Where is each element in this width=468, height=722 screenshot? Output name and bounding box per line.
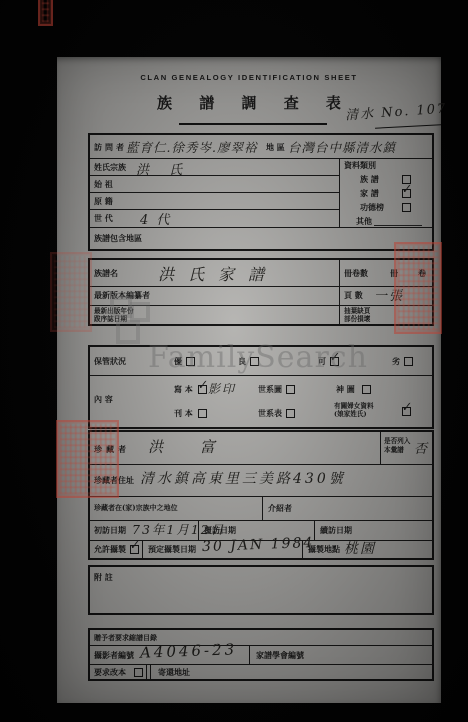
generations-label: 世 代: [94, 214, 113, 223]
doc-type-label: 資料類別: [344, 161, 376, 170]
divider: [198, 520, 199, 540]
genealogy-name-label: 族譜名: [94, 269, 118, 278]
lineage-table-label: 世系表: [258, 409, 282, 418]
film-date-value: 30 JAN 1984: [202, 535, 315, 555]
grade-excellent-checkbox: ✓: [186, 357, 195, 366]
keeper-value: 洪 富: [148, 436, 231, 457]
divider: [142, 540, 143, 558]
film-place-label: 攝製地點: [308, 545, 340, 554]
portrait-checkbox: ✓: [362, 385, 371, 394]
manuscript-label: 寫 本: [174, 385, 193, 394]
grade-fair-label: 可: [318, 357, 326, 366]
listed-label: 是否列入: [384, 438, 410, 446]
volumes-label: 冊卷數: [344, 269, 368, 278]
divider: [262, 496, 263, 520]
divider: [146, 664, 147, 679]
check-icon: ✓: [128, 537, 140, 552]
section-keeper: 珍藏者 洪 富 是否列入 本彙譜 否 珍藏者住址 清水鎮高東里三美路430號 珍…: [88, 430, 434, 560]
manuscript-note-handwritten: 影印: [208, 380, 236, 397]
title-underline: [179, 123, 327, 125]
donor-request-label: 贈予者要求縮譜目錄: [94, 634, 157, 642]
section-basic-info: 訪問者 藍育仁.徐秀岑.廖翠裕 地 區 台灣台中縣清水鎮 姓氏宗族 洪 氏 始 …: [88, 133, 434, 251]
divider: [339, 260, 340, 324]
pages-value: 一張: [374, 285, 404, 304]
divider: [90, 209, 339, 210]
lineage-table-checkbox: ✓: [286, 409, 295, 418]
keeper-address-label: 珍藏者住址: [94, 476, 134, 485]
pages-label: 頁 數: [344, 291, 363, 300]
form-english-header: CLAN GENEALOGY IDENTIFICATION SHEET: [57, 73, 441, 82]
type-other-blank: [374, 217, 422, 226]
type-jiapu-checkbox: ✓: [402, 189, 411, 198]
origin-label: 原 籍: [94, 197, 113, 206]
condition-label: 保管狀況: [94, 357, 126, 366]
keeper-position-label: 珍藏者在(家)宗族中之地位: [94, 504, 178, 512]
first-visit-label: 初訪日期: [94, 526, 126, 535]
divider: [90, 227, 432, 228]
sheet-number-underline: [375, 124, 441, 128]
content-label: 內 容: [94, 395, 113, 404]
permission-label: 允許攝製: [94, 545, 126, 554]
divider: [302, 540, 303, 558]
revision-request-checkbox: ✓: [134, 668, 143, 677]
divider: [380, 432, 381, 464]
section-admin: 贈予者要求縮譜目錄 攝影者編號 A4046-23 家譜學會編號 要求改本 ✓ 寄…: [88, 628, 434, 681]
listed-value: 否: [414, 438, 429, 457]
founder-label: 始 祖: [94, 180, 113, 189]
printed-checkbox: ✓: [198, 409, 207, 418]
type-gongdebang-label: 功德榜: [360, 203, 384, 212]
introducer-label: 介紹者: [268, 504, 292, 513]
divider: [90, 175, 339, 176]
genealogy-name-value: 洪氏家譜: [158, 262, 278, 285]
clan-label: 姓氏宗族: [94, 163, 126, 172]
revision-request-label: 要求改本: [94, 668, 126, 677]
keeper-address-value: 清水鎮高東里三美路430號: [140, 468, 346, 488]
permission-checkbox: ✓: [130, 545, 139, 554]
type-gongdebang-checkbox: ✓: [402, 203, 411, 212]
divider: [90, 664, 432, 665]
generations-value: 4 代: [140, 209, 171, 228]
grade-poor-checkbox: ✓: [404, 357, 413, 366]
film-place-value: 桃園: [344, 538, 376, 558]
area-value: 台灣台中縣清水鎮: [288, 138, 396, 156]
divider: [90, 305, 432, 306]
visitor-value: 藍育仁.徐秀岑.廖翠裕: [126, 138, 257, 156]
listed-sublabel: 本彙譜: [384, 447, 404, 455]
grade-good-label: 良: [238, 357, 246, 366]
divider: [90, 496, 432, 497]
portrait-label: 神 圖: [336, 385, 355, 394]
check-icon: ✓: [400, 399, 412, 414]
divider: [150, 664, 151, 679]
scanned-form-page: CLAN GENEALOGY IDENTIFICATION SHEET 族 譜 …: [57, 57, 441, 703]
lineage-chart-checkbox: ✓: [286, 385, 295, 394]
women-data-sublabel: (娘家姓氏): [334, 411, 367, 419]
red-seal-top-left-fragment: [38, 0, 53, 26]
women-data-checkbox: ✓: [402, 407, 411, 416]
preface-date-label: 跋序誌日期: [94, 316, 127, 324]
check-icon: ✓: [196, 377, 208, 392]
photographer-number-value: A4046-23: [140, 640, 238, 661]
section-condition: 保管狀況 優 ✓ 良 ✓ 可 ✓ 劣 ✓ 內 容 寫 本 ✓ 影印 世系圖 ✓ …: [88, 345, 434, 429]
notes-label: 附 註: [94, 573, 113, 582]
visitor-label: 訪問者: [94, 143, 127, 152]
keeper-label: 珍藏者: [94, 445, 130, 454]
divider: [314, 520, 315, 540]
coverage-label: 族譜包含地區: [94, 234, 142, 243]
section-genealogy-title: 族譜名 洪氏家譜 最新版本編纂者 最新出版年份 跋序誌日期 冊卷數 冊 卷 頁 …: [88, 258, 434, 326]
divider: [90, 192, 339, 193]
type-other-label: 其他: [356, 217, 372, 226]
society-number-label: 家譜學會編號: [256, 651, 304, 660]
section-notes: 附 註: [88, 565, 434, 615]
volumes-unit-juan: 卷: [418, 269, 426, 278]
check-icon: ✓: [328, 349, 340, 364]
photographer-number-label: 攝影者編號: [94, 651, 134, 660]
grade-poor-label: 劣: [392, 357, 400, 366]
compiler-label: 最新版本編纂者: [94, 291, 150, 300]
printed-label: 刊 本: [174, 409, 193, 418]
type-zupu-label: 族 譜: [360, 175, 379, 184]
clan-value: 洪 氏: [136, 159, 190, 178]
return-address-label: 寄還地址: [158, 668, 190, 677]
followup-label: 續訪日期: [320, 526, 352, 535]
grade-fair-checkbox: ✓: [330, 357, 339, 366]
revisit-label: 覆訪日期: [204, 526, 236, 535]
divider: [249, 645, 250, 664]
divider: [339, 158, 340, 227]
check-icon: ✓: [400, 181, 412, 196]
microfilm-frame: CLAN GENEALOGY IDENTIFICATION SHEET 族 譜 …: [0, 0, 468, 722]
lineage-chart-label: 世系圖: [258, 385, 282, 394]
partial-damage-label: 部份損壞: [344, 316, 370, 324]
divider: [90, 375, 432, 376]
volumes-unit-ce: 冊: [390, 269, 398, 278]
area-label: 地 區: [266, 143, 285, 152]
manuscript-checkbox: ✓: [198, 385, 207, 394]
grade-excellent-label: 優: [174, 357, 182, 366]
film-date-label: 預定攝製日期: [148, 545, 196, 554]
divider: [90, 464, 432, 465]
grade-good-checkbox: ✓: [250, 357, 259, 366]
type-jiapu-label: 家 譜: [360, 189, 379, 198]
